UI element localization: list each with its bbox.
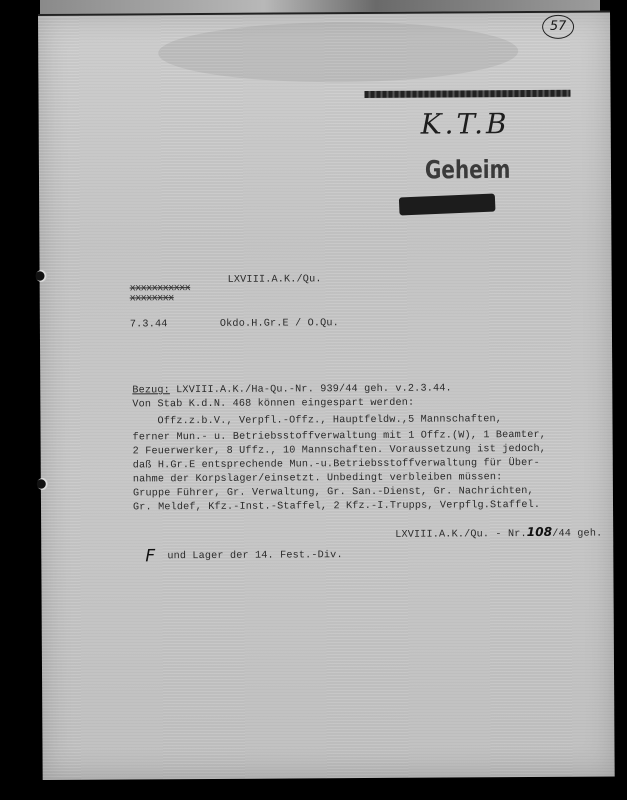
handwritten-ktb-mark: K.T.B — [421, 107, 510, 141]
body-line: Gruppe Führer, Gr. Verwaltung, Gr. San.-… — [133, 486, 534, 499]
body-line: daß H.Gr.E entsprechende Mun.-u.Betriebs… — [133, 458, 540, 471]
signature-prefix: LXVIII.A.K./Qu. - Nr. — [395, 529, 527, 541]
recipient: Okdo.H.Gr.E / O.Qu. — [220, 318, 339, 330]
scribble-redaction — [399, 194, 496, 216]
date: 7.3.44 — [130, 319, 168, 330]
reference-label: Bezug: — [132, 385, 170, 396]
struck-line: xxxxxxxx — [130, 293, 174, 304]
addendum: und Lager der 14. Fest.-Div. — [167, 550, 342, 562]
signature-suffix: /44 geh. — [552, 529, 602, 540]
handwritten-number: 108 — [527, 525, 553, 539]
redacted-header-line — [364, 90, 570, 98]
signature-line: LXVIII.A.K./Qu. - Nr.108/44 geh. — [395, 525, 602, 541]
body-line: Gr. Meldef, Kfz.-Inst.-Staffel, 2 Kfz.-I… — [133, 500, 540, 513]
stain — [158, 21, 518, 83]
punch-hole-icon — [37, 478, 49, 490]
reference-text: LXVIII.A.K./Ha-Qu.-Nr. 939/44 geh. v.2.3… — [170, 383, 452, 396]
sender: LXVIII.A.K./Qu. — [228, 274, 322, 286]
document-page: 57 K.T.B Geheim Entwurf LXVIII.A.K./Qu. … — [38, 11, 615, 780]
body-line: Von Stab K.d.N. 468 können eingespart we… — [132, 398, 414, 411]
page-number: 57 — [542, 15, 574, 39]
handwritten-insert-mark: F — [145, 546, 155, 566]
body-line: ferner Mun.- u. Betriebsstoffverwaltung … — [133, 430, 546, 444]
punch-hole-icon — [36, 270, 48, 282]
classification-stamp: Geheim — [425, 154, 511, 185]
reference-line: Bezug: LXVIII.A.K./Ha-Qu.-Nr. 939/44 geh… — [132, 383, 452, 396]
body-line: 2 Feuerwerker, 8 Uffz., 10 Mannschaften.… — [133, 444, 546, 458]
body-line: Offz.z.b.V., Verpfl.-Offz., Hauptfeldw.,… — [132, 414, 502, 427]
body-line: nahme der Korpslager/einsetzt. Unbedingt… — [133, 472, 503, 485]
